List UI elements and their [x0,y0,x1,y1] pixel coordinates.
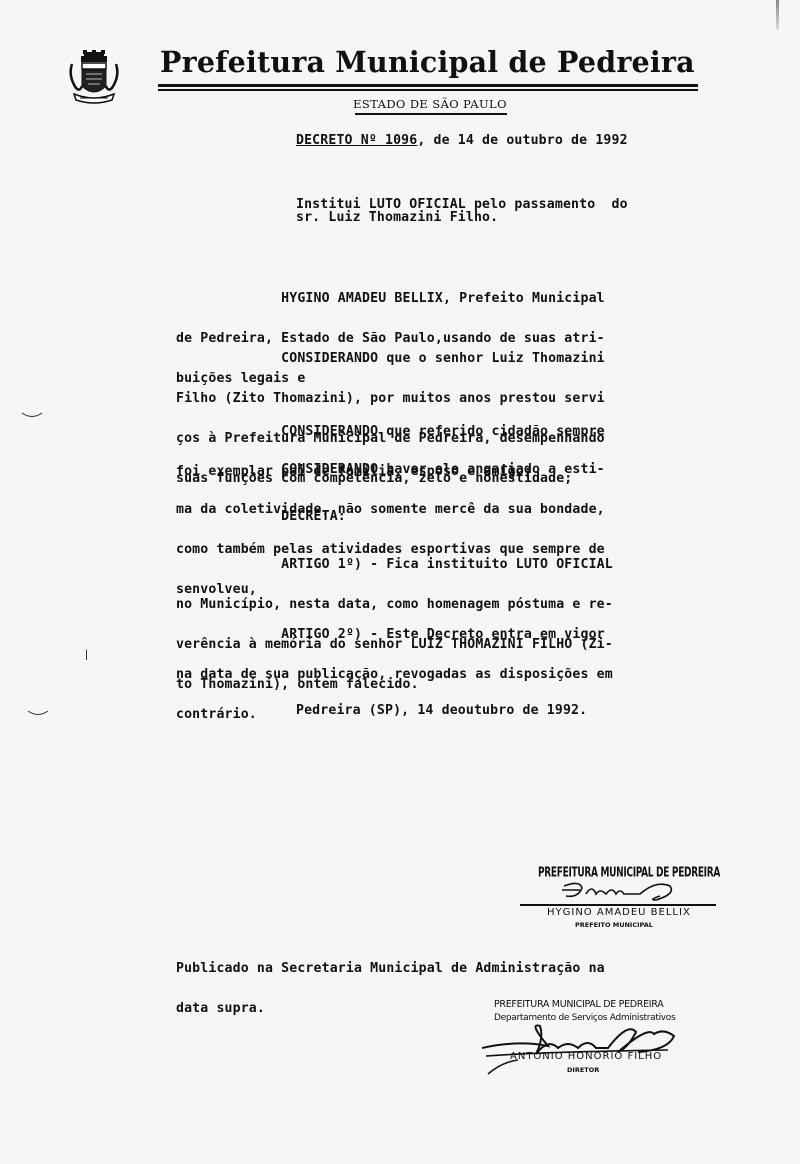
place-date: Pedreira (SP), 14 deoutubro de 1992. [296,704,587,717]
decree-summary: Institui LUTO OFICIAL pelo passamento do… [296,198,628,225]
decree-heading: DECRETO Nº 1096, de 14 de outubro de 199… [296,134,628,147]
decreta-heading: DECRETA: [176,510,346,523]
artigo-2: ARTIGO 2º) - Este Decreto entra em vigor… [176,601,613,748]
paragraph-line: CONSIDERANDO haver ele angariado a esti- [176,463,605,476]
summary-line: sr. Luiz Thomazini Filho. [296,211,628,224]
mayor-signature [560,876,690,906]
paragraph-line: ARTIGO 2º) - Este Decreto entra em vigor [176,628,613,641]
page-edge-mark [776,0,779,30]
scan-mark [26,710,50,718]
preamble-line: HYGINO AMADEU BELLIX, Prefeito Municipal [176,292,605,305]
mayor-name: HYGINO AMADEU BELLIX [547,907,691,918]
letterhead-title: Prefeitura Municipal de Pedreira [160,45,700,79]
state-underline [355,113,507,115]
paragraph-line: ARTIGO 1º) - Fica instituito LUTO OFICIA… [176,558,613,571]
director-title: DIRETOR [567,1066,599,1074]
director-stamp: PREFEITURA MUNICIPAL DE PEDREIRA [494,999,663,1010]
signature-line [520,904,716,906]
scan-mark [86,650,87,660]
decree-date: , de 14 de outubro de 1992 [417,133,627,148]
letterhead-rule [158,84,698,87]
letterhead-rule [158,89,698,91]
paragraph-line: na data de sua publicação, revogadas as … [176,668,613,681]
scan-mark [20,412,44,420]
coat-of-arms-icon [66,50,122,106]
paragraph-line: CONSIDERANDO que o senhor Luiz Thomazini [176,352,605,365]
publication-line: Publicado na Secretaria Municipal de Adm… [176,962,605,975]
director-name: ANTONIO HONORIO FILHO [510,1051,662,1062]
letterhead-state: ESTADO DE SÃO PAULO [300,97,560,111]
mayor-title: PREFEITO MUNICIPAL [575,921,653,929]
decree-number: DECRETO Nº 1096 [296,133,417,148]
